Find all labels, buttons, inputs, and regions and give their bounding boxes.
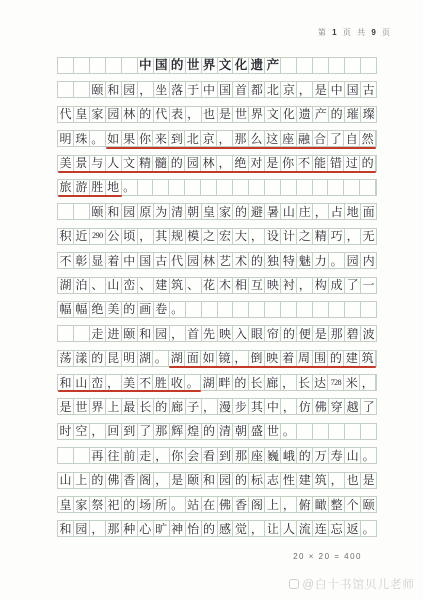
grid-cell: 筑 <box>313 473 329 488</box>
page-indicator: 第 1 页 共 9 页 <box>318 27 392 38</box>
grid-cell: 产 <box>313 107 329 122</box>
grid-cell: 代 <box>154 107 170 122</box>
grid-cell: 会 <box>186 448 202 463</box>
grid-cell: 的 <box>202 424 218 439</box>
grid-cell: 互 <box>249 278 265 293</box>
grid-cell: 整 <box>329 497 345 512</box>
grid-cell: 顷 <box>122 229 138 244</box>
grid-cell: 上 <box>74 473 90 488</box>
grid-cell <box>345 424 361 439</box>
grid-cell <box>313 302 329 317</box>
grid-cell: 728 <box>328 375 344 390</box>
grid-cell: 珠 <box>74 131 90 146</box>
grid-cell: 彰 <box>74 253 90 268</box>
grid-cell: 进 <box>106 326 122 341</box>
grid-cell: 积 <box>58 229 74 244</box>
grid-cell <box>313 424 329 439</box>
grid-cell: 感 <box>218 521 234 536</box>
grid-cell: 的 <box>170 58 186 73</box>
grid-cell: 颐 <box>122 326 138 341</box>
grid-cell: 峦 <box>90 375 106 390</box>
grid-cell: 便 <box>297 326 313 341</box>
grid-cell: 画 <box>138 302 154 317</box>
title-row: 中国的世界文化遗产 <box>57 57 377 74</box>
grid-cell: 。 <box>90 131 106 146</box>
grid-cell: 收 <box>169 375 185 390</box>
grid-cell: 旷 <box>154 521 170 536</box>
grid-cell: 你 <box>281 156 297 171</box>
grid-cell: 也 <box>345 473 361 488</box>
grid-cell: 旅 <box>58 180 74 195</box>
grid-cell <box>202 302 218 317</box>
grid-cell: 场 <box>138 497 154 512</box>
grid-cell: 畔 <box>217 375 233 390</box>
grid-cell: 前 <box>122 448 138 463</box>
grid-cell: 都 <box>249 82 265 97</box>
grid-cell: 的 <box>233 473 249 488</box>
grid-cell: ， <box>281 375 297 390</box>
grid-cell: ， <box>90 521 106 536</box>
grid-cell: 荡 <box>58 351 74 366</box>
grid-row: 山上的佛香阁，是颐和园的标志性建筑，也是 <box>57 472 377 489</box>
grid-cell: 颐 <box>90 204 106 219</box>
grid-cell: 阁 <box>249 497 265 512</box>
grid-cell <box>360 180 376 195</box>
grid-cell: 是 <box>58 399 74 414</box>
grid-cell: ， <box>249 521 265 536</box>
grid-cell: 座 <box>281 131 297 146</box>
grid-cell: 湖 <box>169 351 185 366</box>
grid-cell <box>329 424 345 439</box>
grid-cell: 特 <box>281 253 297 268</box>
grid-cell: 中 <box>265 399 281 414</box>
grid-cell: 空 <box>74 424 90 439</box>
grid-cell: 中 <box>138 58 154 73</box>
grid-cell <box>185 180 201 195</box>
grid-cell: 映 <box>218 326 234 341</box>
grid-cell: 香 <box>122 473 138 488</box>
grid-cell: 国 <box>218 82 234 97</box>
grid-cell: 计 <box>281 229 297 244</box>
grid-cell: 眼 <box>249 326 265 341</box>
grid-cell <box>138 180 154 195</box>
grid-cell: 与 <box>90 156 106 171</box>
grid-cell: 显 <box>90 253 106 268</box>
grid-cell: 合 <box>313 131 329 146</box>
grid-cell: 回 <box>106 424 122 439</box>
grid-cell: 中 <box>202 82 218 97</box>
grid-cell: 在 <box>202 497 218 512</box>
grid-cell: 心 <box>138 521 154 536</box>
grid-cell: ， <box>217 156 233 171</box>
grid-cell: 祀 <box>106 497 122 512</box>
grid-cell: 倒 <box>249 351 265 366</box>
grid-cell: 连 <box>313 521 329 536</box>
grid-cell: 古 <box>154 253 170 268</box>
grid-cell: 颐 <box>186 473 202 488</box>
grid-cell: 。 <box>170 302 186 317</box>
grid-cell: ， <box>106 375 122 390</box>
grid-cell: 的 <box>297 448 313 463</box>
grid-row: 和园，那种心旷神怡的感觉，让人流连忘返。 <box>57 520 377 537</box>
page-number: 1 <box>332 28 338 37</box>
grid-cell: 为 <box>154 204 170 219</box>
grid-row: 是世界上最长的廊子，漫步其中，仿佛穿越了 <box>57 398 377 415</box>
grid-cell: 艺 <box>218 253 234 268</box>
grid-cell: 。 <box>361 448 376 463</box>
grid-cell: 错 <box>328 156 344 171</box>
grid-cell: 那 <box>329 326 345 341</box>
grid-cell: 衬 <box>281 278 297 293</box>
grid-row: 荡漾的昆明湖。湖面如镜，倒映着周围的建筑 <box>57 350 377 367</box>
grid-cell: 美 <box>122 375 138 390</box>
grid-cell: 的 <box>202 521 218 536</box>
grid-cell: ， <box>202 399 218 414</box>
grid-cell: ， <box>138 82 154 97</box>
grid-cell: 让 <box>265 521 281 536</box>
grid-cell: 神 <box>170 521 186 536</box>
grid-cell: ， <box>90 424 106 439</box>
teacher-underline <box>169 366 376 368</box>
grid-cell: 产 <box>265 58 281 73</box>
grid-cell: 峦 <box>122 278 138 293</box>
grid-cell: 一 <box>361 278 376 293</box>
grid-cell <box>361 302 376 317</box>
grid-cell: 湖 <box>138 351 154 366</box>
grid-cell <box>233 302 249 317</box>
grid-cell: 的 <box>233 375 249 390</box>
grid-cell: 瞰 <box>313 497 329 512</box>
grid-cell: 明 <box>122 351 138 366</box>
grid-cell: 的 <box>169 156 185 171</box>
grid-cell: 到 <box>169 131 185 146</box>
grid-cell: ， <box>313 204 329 219</box>
grid-cell: 湖 <box>58 278 74 293</box>
grid-cell <box>74 58 90 73</box>
grid-cell: 卷 <box>154 302 170 317</box>
grid-cell: 皇 <box>58 497 74 512</box>
grid-cell: 界 <box>202 58 218 73</box>
grid-cell <box>345 302 361 317</box>
grid-cell: 帘 <box>265 326 281 341</box>
teacher-underline <box>58 171 376 173</box>
grid-cell: ， <box>297 82 313 97</box>
grid-cell <box>58 58 74 73</box>
grid-cell: 术 <box>233 253 249 268</box>
grid-cell: 园 <box>218 473 234 488</box>
grid-cell: 力 <box>313 253 329 268</box>
grid-cell: 也 <box>202 107 218 122</box>
grid-cell: ， <box>154 448 170 463</box>
grid-row: 皇家祭祀的场所。站在佛香阁上，俯瞰整个颐 <box>57 496 377 513</box>
grid-cell: 果 <box>122 131 138 146</box>
grid-cell: 和 <box>106 204 122 219</box>
grid-cell: 占 <box>329 204 345 219</box>
grid-cell: 成 <box>329 278 345 293</box>
grid-cell: 廊 <box>265 375 281 390</box>
grid-cell: 园 <box>122 204 138 219</box>
grid-cell: 代 <box>58 107 74 122</box>
grid-cell <box>58 82 74 97</box>
grid-cell: 山 <box>58 473 74 488</box>
grid-cell: 暑 <box>265 204 281 219</box>
grid-cell: 的 <box>329 107 345 122</box>
grid-cell: 了 <box>328 131 344 146</box>
grid-cell: ， <box>345 229 361 244</box>
grid-cell: 皇 <box>202 204 218 219</box>
grid-cell <box>344 180 360 195</box>
grid-cell: ， <box>217 131 233 146</box>
grid-cell: 其 <box>154 229 170 244</box>
grid-cell: 站 <box>186 497 202 512</box>
grid-cell: 能 <box>313 156 329 171</box>
grid-cell: 如 <box>106 131 122 146</box>
writing-grid: 中国的世界文化遗产颐和园，坐落于中国首都北京，是中国古代皇家园林的代表，也是世界… <box>57 57 377 545</box>
composition-page: 第 1 页 共 9 页 中国的世界文化遗产颐和园，坐落于中国首都北京，是中国古代… <box>0 0 423 600</box>
grid-cell: 遗 <box>249 58 265 73</box>
grid-cell: 返 <box>345 521 361 536</box>
grid-cell <box>328 180 344 195</box>
grid-cell: 了 <box>361 399 376 414</box>
grid-cell: 界 <box>90 399 106 414</box>
grid-cell: 峨 <box>281 448 297 463</box>
grid-cell: 的 <box>90 473 106 488</box>
grid-cell: 过 <box>344 156 360 171</box>
grid-cell: 和 <box>58 521 74 536</box>
grid-cell: 流 <box>297 521 313 536</box>
grid-cell: 化 <box>233 58 249 73</box>
grid-cell: 长 <box>138 399 154 414</box>
grid-cell: 漫 <box>218 399 234 414</box>
grid-cell: ， <box>154 473 170 488</box>
grid-cell <box>361 58 376 73</box>
grid-cell <box>297 424 313 439</box>
grid-cell: 精 <box>138 156 154 171</box>
grid-cell: 景 <box>74 156 90 171</box>
grid-cell: 到 <box>122 424 138 439</box>
grid-cell: 文 <box>218 58 234 73</box>
grid-cell: 公 <box>106 229 122 244</box>
grid-cell: 皇 <box>74 107 90 122</box>
grid-cell: 落 <box>170 82 186 97</box>
grid-cell: 融 <box>297 131 313 146</box>
grid-cell <box>74 448 90 463</box>
grid-cell: 是 <box>265 156 281 171</box>
grid-cell: 这 <box>265 131 281 146</box>
grid-cell: 地 <box>106 180 122 195</box>
grid-cell <box>201 180 217 195</box>
watermark-logo-icon <box>289 579 299 589</box>
grid-cell: 规 <box>170 229 186 244</box>
grid-cell: 胜 <box>90 180 106 195</box>
grid-cell: 是 <box>170 473 186 488</box>
grid-cell: 林 <box>202 253 218 268</box>
page-indicator-suffix: 页 <box>382 28 392 37</box>
grid-cell: 构 <box>313 278 329 293</box>
grid-cell: 那 <box>154 424 170 439</box>
grid-cell: 和 <box>58 375 74 390</box>
grid-cell: 万 <box>313 448 329 463</box>
grid-cell: 明 <box>58 131 74 146</box>
grid-cell: ， <box>360 375 376 390</box>
grid-cell: 古 <box>361 82 376 97</box>
grid-cell: 避 <box>249 204 265 219</box>
grid-cell: 自 <box>344 131 360 146</box>
grid-cell: 京 <box>201 131 217 146</box>
grid-cell: 清 <box>170 204 186 219</box>
grid-cell: 周 <box>297 351 313 366</box>
grid-cell: 、 <box>186 278 202 293</box>
grid-cell: 子 <box>186 399 202 414</box>
grid-cell: 入 <box>233 326 249 341</box>
grid-cell: 界 <box>249 107 265 122</box>
grid-cell: ， <box>233 351 249 366</box>
grid-cell: 湖 <box>201 375 217 390</box>
grid-cell: 穿 <box>329 399 345 414</box>
grid-cell <box>313 180 329 195</box>
grid-cell: 北 <box>185 131 201 146</box>
grid-cell: 首 <box>233 82 249 97</box>
teacher-underline <box>106 147 376 149</box>
grid-cell: 山 <box>74 375 90 390</box>
grid-cell: 佛 <box>313 399 329 414</box>
grid-cell: 世 <box>265 424 281 439</box>
grid-cell: 了 <box>138 424 154 439</box>
grid-row: 明珠。如果你来到北京，那么这座融合了自然 <box>57 130 377 147</box>
grid-cell: 着 <box>281 351 297 366</box>
grid-cell: 上 <box>265 497 281 512</box>
watermark-text: @白十书馆贝儿老师 <box>302 576 415 592</box>
grid-cell: 所 <box>154 497 170 512</box>
grid-cell: 性 <box>281 473 297 488</box>
grid-cell: 昆 <box>106 351 122 366</box>
grid-cell: 世 <box>233 107 249 122</box>
grid-cell: 、 <box>90 278 106 293</box>
grid-cell: 、 <box>138 278 154 293</box>
grid-cell: 寿 <box>329 448 345 463</box>
grid-cell: 然 <box>360 131 376 146</box>
grid-cell: 设 <box>265 229 281 244</box>
grid-cell <box>281 58 297 73</box>
grid-cell: 家 <box>218 204 234 219</box>
grid-cell: 世 <box>186 58 202 73</box>
grid-cell: 文 <box>122 156 138 171</box>
grid-cell: 北 <box>265 82 281 97</box>
grid-cell: 无 <box>361 229 376 244</box>
grid-cell: 魅 <box>297 253 313 268</box>
grid-cell: 那 <box>106 521 122 536</box>
grid-cell: 林 <box>122 107 138 122</box>
grid-cell <box>153 180 169 195</box>
grid-cell: 山 <box>106 278 122 293</box>
grid-cell: 庄 <box>297 204 313 219</box>
grid-row: 湖泊、山峦、建筑、花木相互映衬，构成了一 <box>57 277 377 294</box>
grid-cell: 宏 <box>218 229 234 244</box>
grid-cell: 模 <box>186 229 202 244</box>
grid-cell: 围 <box>313 351 329 366</box>
grid-cell: ， <box>249 229 265 244</box>
grid-cell: 的 <box>281 326 297 341</box>
grid-cell: 的 <box>360 156 376 171</box>
grid-cell: 。 <box>281 424 297 439</box>
grid-cell: 。 <box>361 521 376 536</box>
grid-cell: 的 <box>233 204 249 219</box>
grid-cell: 绝 <box>90 302 106 317</box>
grid-cell: 走 <box>90 326 106 341</box>
grid-cell: 世 <box>74 399 90 414</box>
grid-cell: 越 <box>345 399 361 414</box>
grid-cell: 坐 <box>154 82 170 97</box>
grid-cell: 园 <box>106 107 122 122</box>
grid-cell: ， <box>329 473 345 488</box>
grid-cell: 文 <box>265 107 281 122</box>
grid-cell: 的 <box>90 351 106 366</box>
grid-cell: 园 <box>186 253 202 268</box>
grid-cell: 是 <box>313 82 329 97</box>
grid-cell: 祭 <box>90 497 106 512</box>
grid-cell <box>58 448 74 463</box>
grid-cell <box>281 180 297 195</box>
teacher-underline <box>58 195 122 197</box>
grid-cell <box>297 180 313 195</box>
grid-cell: 遗 <box>297 107 313 122</box>
grid-cell: 的 <box>138 107 154 122</box>
grid-cell: 碧 <box>345 326 361 341</box>
grid-cell: 看 <box>202 448 218 463</box>
grid-cell: 和 <box>106 82 122 97</box>
grid-cell: 其 <box>249 399 265 414</box>
grid-cell: 首 <box>186 326 202 341</box>
grid-cell: 着 <box>106 253 122 268</box>
grid-cell: 镜 <box>217 351 233 366</box>
grid-cell: 巍 <box>265 448 281 463</box>
grid-cell: 走 <box>138 448 154 463</box>
grid-cell: 了 <box>345 278 361 293</box>
grid-cell: 化 <box>281 107 297 122</box>
grid-cell: 是 <box>361 473 376 488</box>
grid-cell: 觉 <box>233 521 249 536</box>
grid-cell: 巧 <box>329 229 345 244</box>
total-pages: 9 <box>371 28 377 37</box>
teacher-underline <box>58 390 201 392</box>
grid-cell: 仿 <box>297 399 313 414</box>
grid-cell <box>58 326 74 341</box>
grid-cell: 筑 <box>170 278 186 293</box>
grid-cell: 廊 <box>170 399 186 414</box>
grid-cell: 京 <box>281 82 297 97</box>
grid-cell: 俯 <box>297 497 313 512</box>
grid-cell <box>249 302 265 317</box>
grid-cell: 山 <box>345 448 361 463</box>
grid-cell: 你 <box>138 131 154 146</box>
grid-cell <box>58 204 74 219</box>
grid-cell: 对 <box>249 156 265 171</box>
grid-cell: 佛 <box>218 497 234 512</box>
grid-cell: 先 <box>202 326 218 341</box>
grid-cell: 煌 <box>186 424 202 439</box>
grid-cell: 面 <box>361 204 376 219</box>
grid-cell: 不 <box>138 375 154 390</box>
grid-cell <box>313 58 329 73</box>
grid-cell: ， <box>297 278 313 293</box>
page-indicator-prefix: 第 <box>318 28 328 37</box>
grid-cell: 朝 <box>233 424 249 439</box>
grid-cell: 园 <box>345 253 361 268</box>
grid-cell: 胜 <box>153 375 169 390</box>
grid-cell <box>74 326 90 341</box>
grid-cell <box>281 302 297 317</box>
grid-cell: 的 <box>328 351 344 366</box>
